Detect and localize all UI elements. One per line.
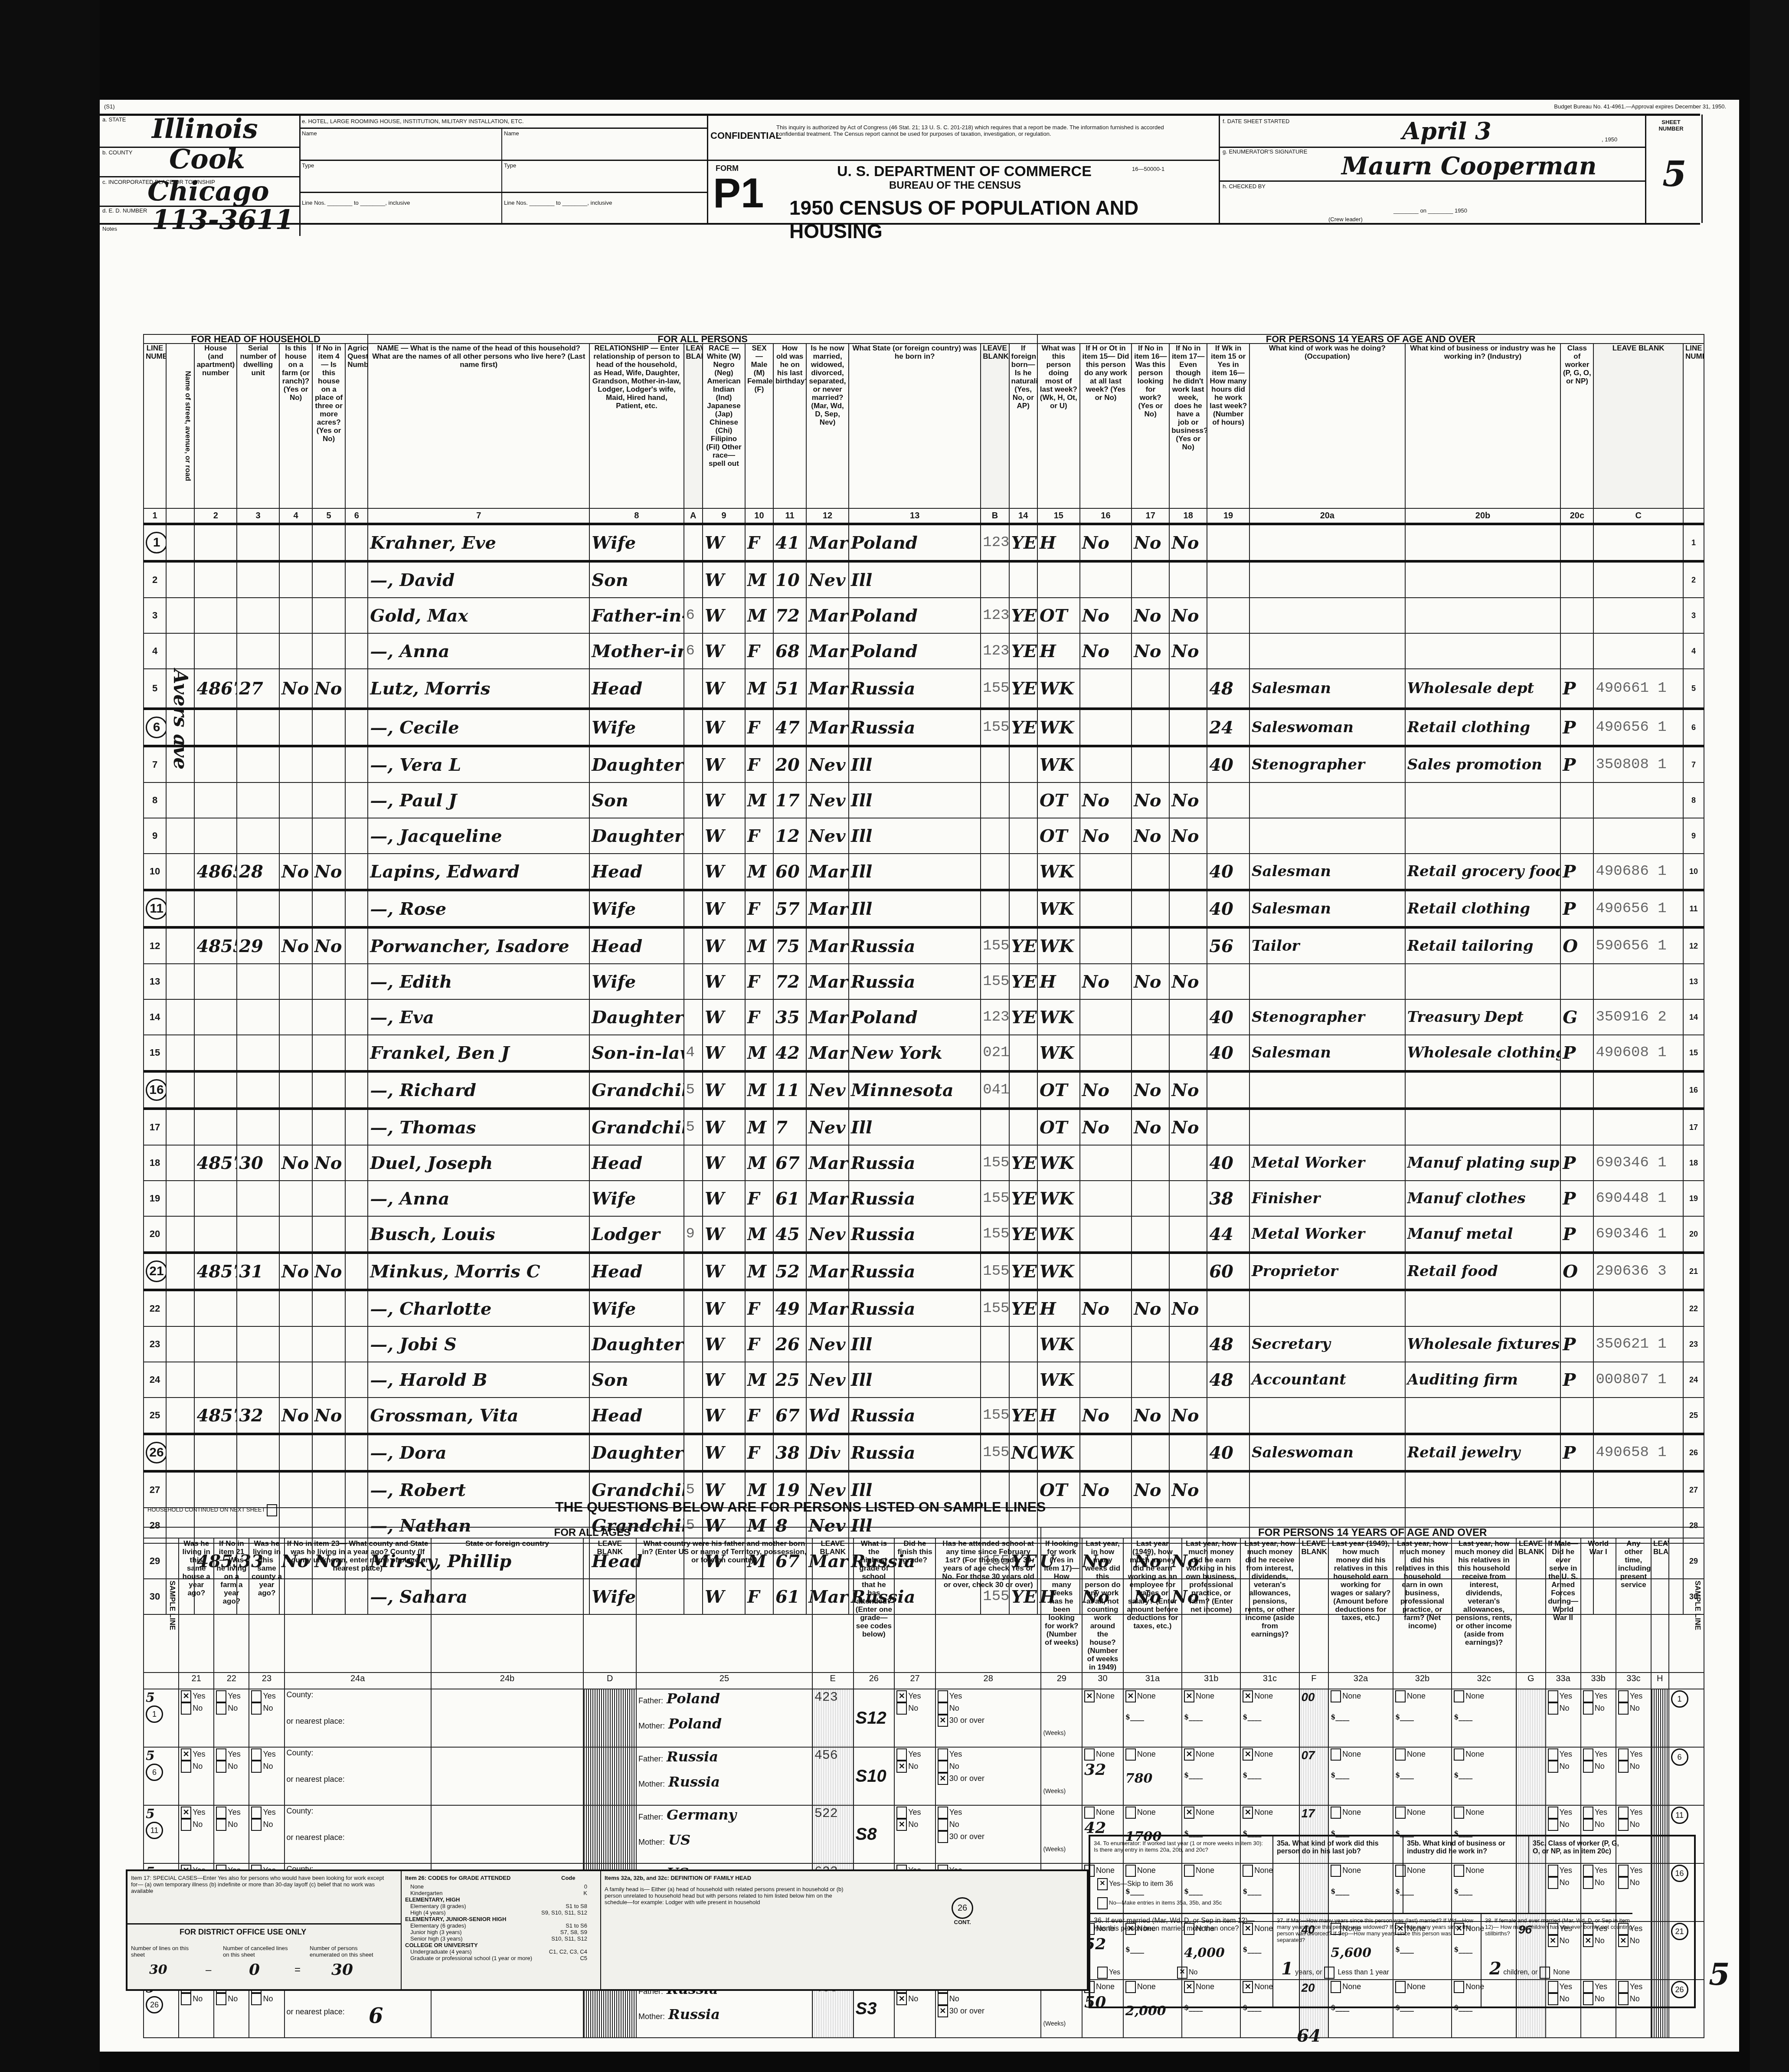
cell-a[interactable] [684,1253,703,1290]
cell-farm[interactable] [279,1290,312,1326]
cell-occ[interactable] [1249,818,1405,854]
cell-cls[interactable] [1560,524,1593,561]
income-w31c[interactable]: None$____ [1240,1747,1299,1805]
cell-occ[interactable]: Salesman [1249,669,1405,709]
cell-age[interactable]: 47 [773,709,806,746]
cell-serial[interactable] [237,709,279,746]
weeks-looking-cell[interactable]: (Weeks) [1041,1689,1082,1747]
cell-race[interactable]: W [703,746,745,782]
cell-work[interactable] [1080,927,1132,964]
cell-sex[interactable]: M [745,782,773,818]
cell-cls[interactable] [1560,1071,1593,1109]
agriculture-number-cell[interactable] [345,1035,368,1071]
cell-name[interactable]: —, Eva [368,999,589,1035]
cell-job[interactable]: No [1169,1071,1207,1109]
cell-age[interactable]: 12 [773,818,806,854]
cell-name[interactable]: Lapins, Edward [368,854,589,890]
cell-c[interactable]: 690346 1 [1593,1145,1683,1181]
cell-look[interactable] [1132,854,1169,890]
cell-job[interactable] [1169,999,1207,1035]
cell-b[interactable]: 021 [981,1035,1009,1071]
none-checkbox[interactable] [1243,1690,1253,1702]
cell-ind[interactable] [1405,1290,1561,1326]
cell-race[interactable]: W [703,1290,745,1326]
cell-ind[interactable] [1405,1398,1561,1434]
q21-cell[interactable]: YesNo [179,1689,214,1747]
street-cell[interactable]: Avers ave [166,669,194,709]
cell-acres[interactable] [312,598,345,633]
cell-occ[interactable] [1249,1398,1405,1434]
weeks-worked-value[interactable]: 32 [1084,1761,1121,1779]
checkbox-no[interactable] [938,1819,948,1831]
q21-cell[interactable]: YesNo [179,1747,214,1805]
county-cell[interactable]: County:or nearest place: [285,1747,431,1805]
cell-nat[interactable]: YES [1009,1145,1037,1181]
cell-c[interactable]: 490656 1 [1593,890,1683,927]
cell-sex[interactable]: M [745,1035,773,1071]
cell-look[interactable] [1132,1035,1169,1071]
cell-b[interactable] [981,1109,1009,1145]
cell-rel[interactable]: Head [589,1145,684,1181]
none-checkbox[interactable] [1243,1748,1253,1761]
cell-born[interactable]: Ill [849,782,981,818]
cell-occ[interactable]: Finisher [1249,1181,1405,1216]
street-cell[interactable] [166,1290,194,1326]
cell-race[interactable]: W [703,782,745,818]
cell-age[interactable]: 38 [773,1434,806,1471]
cell-b[interactable]: 155 [981,1253,1009,1290]
cell-a[interactable] [684,709,703,746]
cell-job[interactable] [1169,1253,1207,1290]
cell-occ[interactable] [1249,1290,1405,1326]
cell-rel[interactable]: Head [589,854,684,890]
none-checkbox[interactable] [1454,1748,1464,1761]
cell-hours[interactable]: 44 [1207,1216,1249,1253]
cell-sex[interactable]: M [745,1071,773,1109]
armed-forces-ww2[interactable]: YesNo [1546,1689,1581,1747]
cell-name[interactable]: Lutz, Morris [368,669,589,709]
cell-born[interactable]: Poland [849,999,981,1035]
cell-c[interactable] [1593,561,1683,598]
cell-a[interactable]: 5 [684,1109,703,1145]
cell-acres[interactable]: No [312,1253,345,1290]
cell-look[interactable] [1132,1253,1169,1290]
cell-age[interactable]: 49 [773,1290,806,1326]
cell-b[interactable]: 155 [981,1216,1009,1253]
armed-forces-ww1[interactable]: YesNo [1581,1689,1616,1747]
family-income-i32b[interactable]: None$____ [1393,1747,1452,1805]
agriculture-number-cell[interactable] [345,1398,368,1434]
cell-house[interactable] [194,1362,237,1398]
cell-house[interactable] [194,633,237,669]
cell-cls[interactable]: P [1560,1035,1593,1071]
checkbox-yes[interactable] [181,1748,191,1761]
cell-occ[interactable]: Stenographer [1249,999,1405,1035]
cell-a[interactable] [684,1434,703,1471]
cell-mar[interactable]: Mar [806,1035,849,1071]
cell-born[interactable]: Russia [849,669,981,709]
checkbox-yes[interactable] [938,1690,948,1702]
cell-a[interactable]: 6 [684,598,703,633]
cell-ind[interactable] [1405,598,1561,633]
checkbox-yes[interactable] [216,1807,226,1819]
checkbox-yes[interactable] [938,1748,948,1761]
agriculture-number-cell[interactable] [345,999,368,1035]
street-cell[interactable] [166,598,194,633]
cell-job[interactable] [1169,746,1207,782]
cell-nat[interactable] [1009,890,1037,927]
cell-acres[interactable] [312,1071,345,1109]
agriculture-number-cell[interactable] [345,1071,368,1109]
cell-rel[interactable]: Head [589,669,684,709]
cell-race[interactable]: W [703,964,745,999]
cell-look[interactable]: No [1132,964,1169,999]
weeks-worked-cell[interactable]: None [1082,1689,1123,1747]
cell-b[interactable]: 155 [981,1290,1009,1326]
cell-b[interactable]: 041 [981,1071,1009,1109]
cell-house[interactable] [194,964,237,999]
q34-yes-checkbox[interactable] [1097,1878,1108,1890]
cell-rel[interactable]: Father-in-law [589,598,684,633]
q34-no-checkbox[interactable] [1097,1897,1108,1909]
cell-acres[interactable] [312,1181,345,1216]
agriculture-number-cell[interactable] [345,561,368,598]
cell-ind[interactable]: Wholesale fixtures [1405,1326,1561,1362]
cell-occ[interactable] [1249,1071,1405,1109]
cell-serial[interactable] [237,1109,279,1145]
cell-ind[interactable]: Treasury Dept [1405,999,1561,1035]
cell-nat[interactable]: YES [1009,524,1037,561]
checkbox-no[interactable] [251,1761,262,1773]
checkbox-yes[interactable] [938,1807,948,1819]
cell-cls[interactable]: P [1560,890,1593,927]
cell-born[interactable]: Russia [849,1253,981,1290]
cell-nat[interactable]: YES [1009,598,1037,633]
cell-hours[interactable] [1207,633,1249,669]
q36-yes-checkbox[interactable] [1097,1967,1108,1979]
cell-occ[interactable]: Secretary [1249,1326,1405,1362]
cell-name[interactable]: —, Harold B [368,1362,589,1398]
checkbox-yes[interactable] [1583,1748,1593,1761]
q23-cell[interactable]: YesNo [249,1805,284,1863]
cell-work[interactable]: No [1080,1071,1132,1109]
cell-b[interactable] [981,1362,1009,1398]
cell-serial[interactable] [237,1216,279,1253]
armed-forces-other[interactable]: YesNo [1616,1747,1651,1805]
cell-born[interactable]: Poland [849,633,981,669]
grade-cell[interactable]: S12 [854,1689,895,1747]
cell-occ[interactable] [1249,633,1405,669]
cell-hours[interactable]: 24 [1207,709,1249,746]
cell-look[interactable] [1132,1326,1169,1362]
cell-a[interactable]: 9 [684,1216,703,1253]
cell-race[interactable]: W [703,818,745,854]
cell-rel[interactable]: Lodger [589,1216,684,1253]
cell-house[interactable] [194,890,237,927]
agriculture-number-cell[interactable] [345,598,368,633]
cell-work[interactable]: No [1080,524,1132,561]
cell-farm[interactable]: No [279,669,312,709]
none-checkbox[interactable] [1125,1690,1136,1702]
agriculture-number-cell[interactable] [345,1290,368,1326]
cell-work[interactable] [1080,1145,1132,1181]
none-checkbox[interactable] [1331,1807,1341,1819]
cell-name[interactable]: —, Anna [368,1181,589,1216]
agriculture-number-cell[interactable] [345,964,368,999]
agriculture-number-cell[interactable] [345,927,368,964]
cell-b[interactable]: 155 [981,927,1009,964]
cell-c[interactable] [1593,1471,1683,1508]
cell-job[interactable]: No [1169,1290,1207,1326]
cell-occ[interactable] [1249,561,1405,598]
checkbox-no[interactable] [181,1702,191,1715]
agriculture-number-cell[interactable] [345,1362,368,1398]
street-cell[interactable] [166,927,194,964]
cell-act[interactable]: H [1037,964,1080,999]
checkbox-yes[interactable] [181,1690,191,1702]
cell-house[interactable]: 4855 [194,927,237,964]
cell-work[interactable]: No [1080,782,1132,818]
cell-farm[interactable] [279,1071,312,1109]
cell-farm[interactable] [279,1362,312,1398]
cell-cls[interactable] [1560,633,1593,669]
cell-born[interactable]: Ill [849,1362,981,1398]
cell-work[interactable] [1080,854,1132,890]
cell-nat[interactable]: YES [1009,927,1037,964]
cell-age[interactable]: 20 [773,746,806,782]
cell-c[interactable]: 290636 3 [1593,1253,1683,1290]
cell-acres[interactable] [312,1471,345,1508]
cell-occ[interactable]: Proprietor [1249,1253,1405,1290]
cell-age[interactable]: 52 [773,1253,806,1290]
school-attendance-cell[interactable]: YesNo30 or over [935,1689,1041,1747]
family-income-i32c[interactable]: None$____ [1452,1689,1516,1747]
cell-job[interactable]: No [1169,818,1207,854]
cell-hours[interactable]: 48 [1207,669,1249,709]
street-cell[interactable] [166,524,194,561]
cell-rel[interactable]: Daughter [589,818,684,854]
cell-job[interactable]: No [1169,1109,1207,1145]
cell-serial[interactable] [237,890,279,927]
cell-hours[interactable] [1207,964,1249,999]
cell-farm[interactable]: No [279,1253,312,1290]
street-cell[interactable] [166,999,194,1035]
agriculture-number-cell[interactable] [345,782,368,818]
agriculture-number-cell[interactable] [345,890,368,927]
cell-cls[interactable] [1560,561,1593,598]
cell-name[interactable]: —, Thomas [368,1109,589,1145]
checkbox-no[interactable] [896,1702,907,1715]
q37-years-value[interactable]: 1 [1281,1958,1293,1979]
mother-birthplace[interactable]: Poland [668,1715,722,1732]
cell-a[interactable]: 6 [684,633,703,669]
cell-c[interactable]: 490656 1 [1593,709,1683,746]
cell-sex[interactable]: F [745,964,773,999]
cell-look[interactable] [1132,927,1169,964]
q38-children-value[interactable]: 2 [1489,1958,1501,1979]
cell-farm[interactable] [279,1216,312,1253]
cell-house[interactable] [194,1471,237,1508]
q21-cell[interactable]: YesNo [179,1805,214,1863]
cell-a[interactable] [684,1326,703,1362]
street-cell[interactable] [166,633,194,669]
cell-cls[interactable] [1560,818,1593,854]
street-cell[interactable] [166,1071,194,1109]
income-amount[interactable]: $____ [1184,1713,1238,1721]
state-country-cell[interactable] [431,1689,584,1747]
cell-cls[interactable] [1560,782,1593,818]
checkbox-no[interactable] [1583,1819,1593,1831]
cell-rel[interactable]: Son [589,782,684,818]
weeks-looking-cell[interactable]: (Weeks) [1041,1805,1082,1863]
cell-look[interactable]: No [1132,633,1169,669]
cell-rel[interactable]: Head [589,927,684,964]
cell-cls[interactable]: P [1560,1145,1593,1181]
cell-occ[interactable]: Metal Worker [1249,1216,1405,1253]
cell-look[interactable] [1132,999,1169,1035]
street-cell[interactable] [166,1253,194,1290]
cell-hours[interactable] [1207,524,1249,561]
cell-work[interactable]: No [1080,1471,1132,1508]
income-w31a[interactable]: None$____ [1123,1689,1182,1747]
cell-act[interactable]: WK [1037,746,1080,782]
cell-serial[interactable] [237,818,279,854]
cell-name[interactable]: —, Jobi S [368,1326,589,1362]
cell-occ[interactable]: Tailor [1249,927,1405,964]
cell-occ[interactable]: Accountant [1249,1362,1405,1398]
cell-look[interactable]: No [1132,1071,1169,1109]
cell-sex[interactable]: F [745,1326,773,1362]
cell-name[interactable]: Duel, Joseph [368,1145,589,1181]
cell-race[interactable]: W [703,709,745,746]
cell-age[interactable]: 25 [773,1362,806,1398]
cell-mar[interactable]: Mar [806,669,849,709]
checkbox-no[interactable] [896,1993,907,2005]
none-checkbox[interactable] [1125,1748,1136,1761]
cell-name[interactable]: Porwancher, Isadore [368,927,589,964]
cell-look[interactable]: No [1132,1290,1169,1326]
checkbox-no[interactable] [938,1761,948,1773]
cell-c[interactable]: 590656 1 [1593,927,1683,964]
cell-job[interactable] [1169,1035,1207,1071]
street-cell[interactable] [166,1434,194,1471]
cell-race[interactable]: W [703,890,745,927]
cell-job[interactable] [1169,1362,1207,1398]
cell-job[interactable] [1169,561,1207,598]
checkbox-yes[interactable] [1548,1807,1558,1819]
cell-rel[interactable]: Wife [589,890,684,927]
agriculture-number-cell[interactable] [345,709,368,746]
cell-hours[interactable]: 56 [1207,927,1249,964]
cell-serial[interactable] [237,524,279,561]
checkbox-yes[interactable] [216,1690,226,1702]
q36-yes-option[interactable]: Yes [1097,1967,1120,1979]
cell-farm[interactable] [279,1471,312,1508]
cell-born[interactable]: Ill [849,561,981,598]
parents-birthplace-cell[interactable]: Father:GermanyMother:US [636,1805,812,1863]
cell-ind[interactable]: Retail clothing [1405,890,1561,927]
cell-a[interactable]: 5 [684,1071,703,1109]
street-cell[interactable] [166,1145,194,1181]
cell-age[interactable]: 45 [773,1216,806,1253]
cell-farm[interactable] [279,1434,312,1471]
cell-work[interactable] [1080,1253,1132,1290]
cell-serial[interactable] [237,999,279,1035]
checkbox-yes[interactable] [1583,1690,1593,1702]
cell-farm[interactable]: No [279,1398,312,1434]
street-cell[interactable] [166,1326,194,1362]
cell-act[interactable]: H [1037,1398,1080,1434]
cell-house[interactable]: 4857 [194,1253,237,1290]
cell-cls[interactable]: O [1560,927,1593,964]
cell-a[interactable] [684,1181,703,1216]
cell-b[interactable] [981,782,1009,818]
checkbox-no[interactable] [1618,1761,1629,1773]
cell-acres[interactable] [312,890,345,927]
cell-act[interactable]: WK [1037,1362,1080,1398]
cell-cls[interactable]: P [1560,1216,1593,1253]
cell-race[interactable]: W [703,1434,745,1471]
checkbox-30-or-over[interactable] [938,1773,948,1785]
cell-born[interactable]: Ill [849,1109,981,1145]
cell-serial[interactable] [237,1035,279,1071]
armed-forces-other[interactable]: YesNo [1616,1689,1651,1747]
checkbox-no[interactable] [181,1761,191,1773]
cell-ind[interactable]: Retail food [1405,1253,1561,1290]
none-checkbox[interactable] [1454,1690,1464,1702]
q22-cell[interactable]: YesNo [214,1805,249,1863]
cell-look[interactable] [1132,1181,1169,1216]
cell-sex[interactable]: M [745,1145,773,1181]
cell-hours[interactable]: 40 [1207,1145,1249,1181]
cell-rel[interactable]: Daughter [589,999,684,1035]
cell-mar[interactable]: Nev [806,561,849,598]
cell-acres[interactable] [312,709,345,746]
cell-mar[interactable]: Nev [806,1362,849,1398]
checkbox-yes[interactable] [181,1807,191,1819]
checkbox-30-or-over[interactable] [938,1831,948,1843]
cell-serial[interactable] [237,1326,279,1362]
cell-race[interactable]: W [703,561,745,598]
cell-act[interactable]: WK [1037,709,1080,746]
checkbox-no[interactable] [896,1761,907,1773]
county-cell[interactable]: County:or nearest place: [285,1689,431,1747]
cell-born[interactable]: Russia [849,1398,981,1434]
cell-work[interactable]: No [1080,598,1132,633]
checkbox-30-or-over[interactable] [938,1715,948,1727]
cell-c[interactable]: 490686 1 [1593,854,1683,890]
agriculture-number-cell[interactable] [345,669,368,709]
finish-cell[interactable]: YesNo [894,1805,935,1863]
cell-mar[interactable]: Nev [806,818,849,854]
cell-b[interactable]: 155 [981,669,1009,709]
cell-acres[interactable] [312,818,345,854]
cell-rel[interactable]: Mother-in-law [589,633,684,669]
agriculture-number-cell[interactable] [345,524,368,561]
cell-act[interactable]: WK [1037,1035,1080,1071]
cell-sex[interactable]: F [745,999,773,1035]
street-cell[interactable] [166,782,194,818]
cell-house[interactable] [194,1290,237,1326]
cell-age[interactable]: 57 [773,890,806,927]
household-continued-checkbox[interactable] [267,1504,277,1516]
cell-nat[interactable] [1009,854,1037,890]
street-cell[interactable] [166,1035,194,1071]
cell-race[interactable]: W [703,999,745,1035]
cell-mar[interactable]: Mar [806,524,849,561]
cell-mar[interactable]: Nev [806,1071,849,1109]
family-income-i32a[interactable]: None$____ [1328,1689,1393,1747]
